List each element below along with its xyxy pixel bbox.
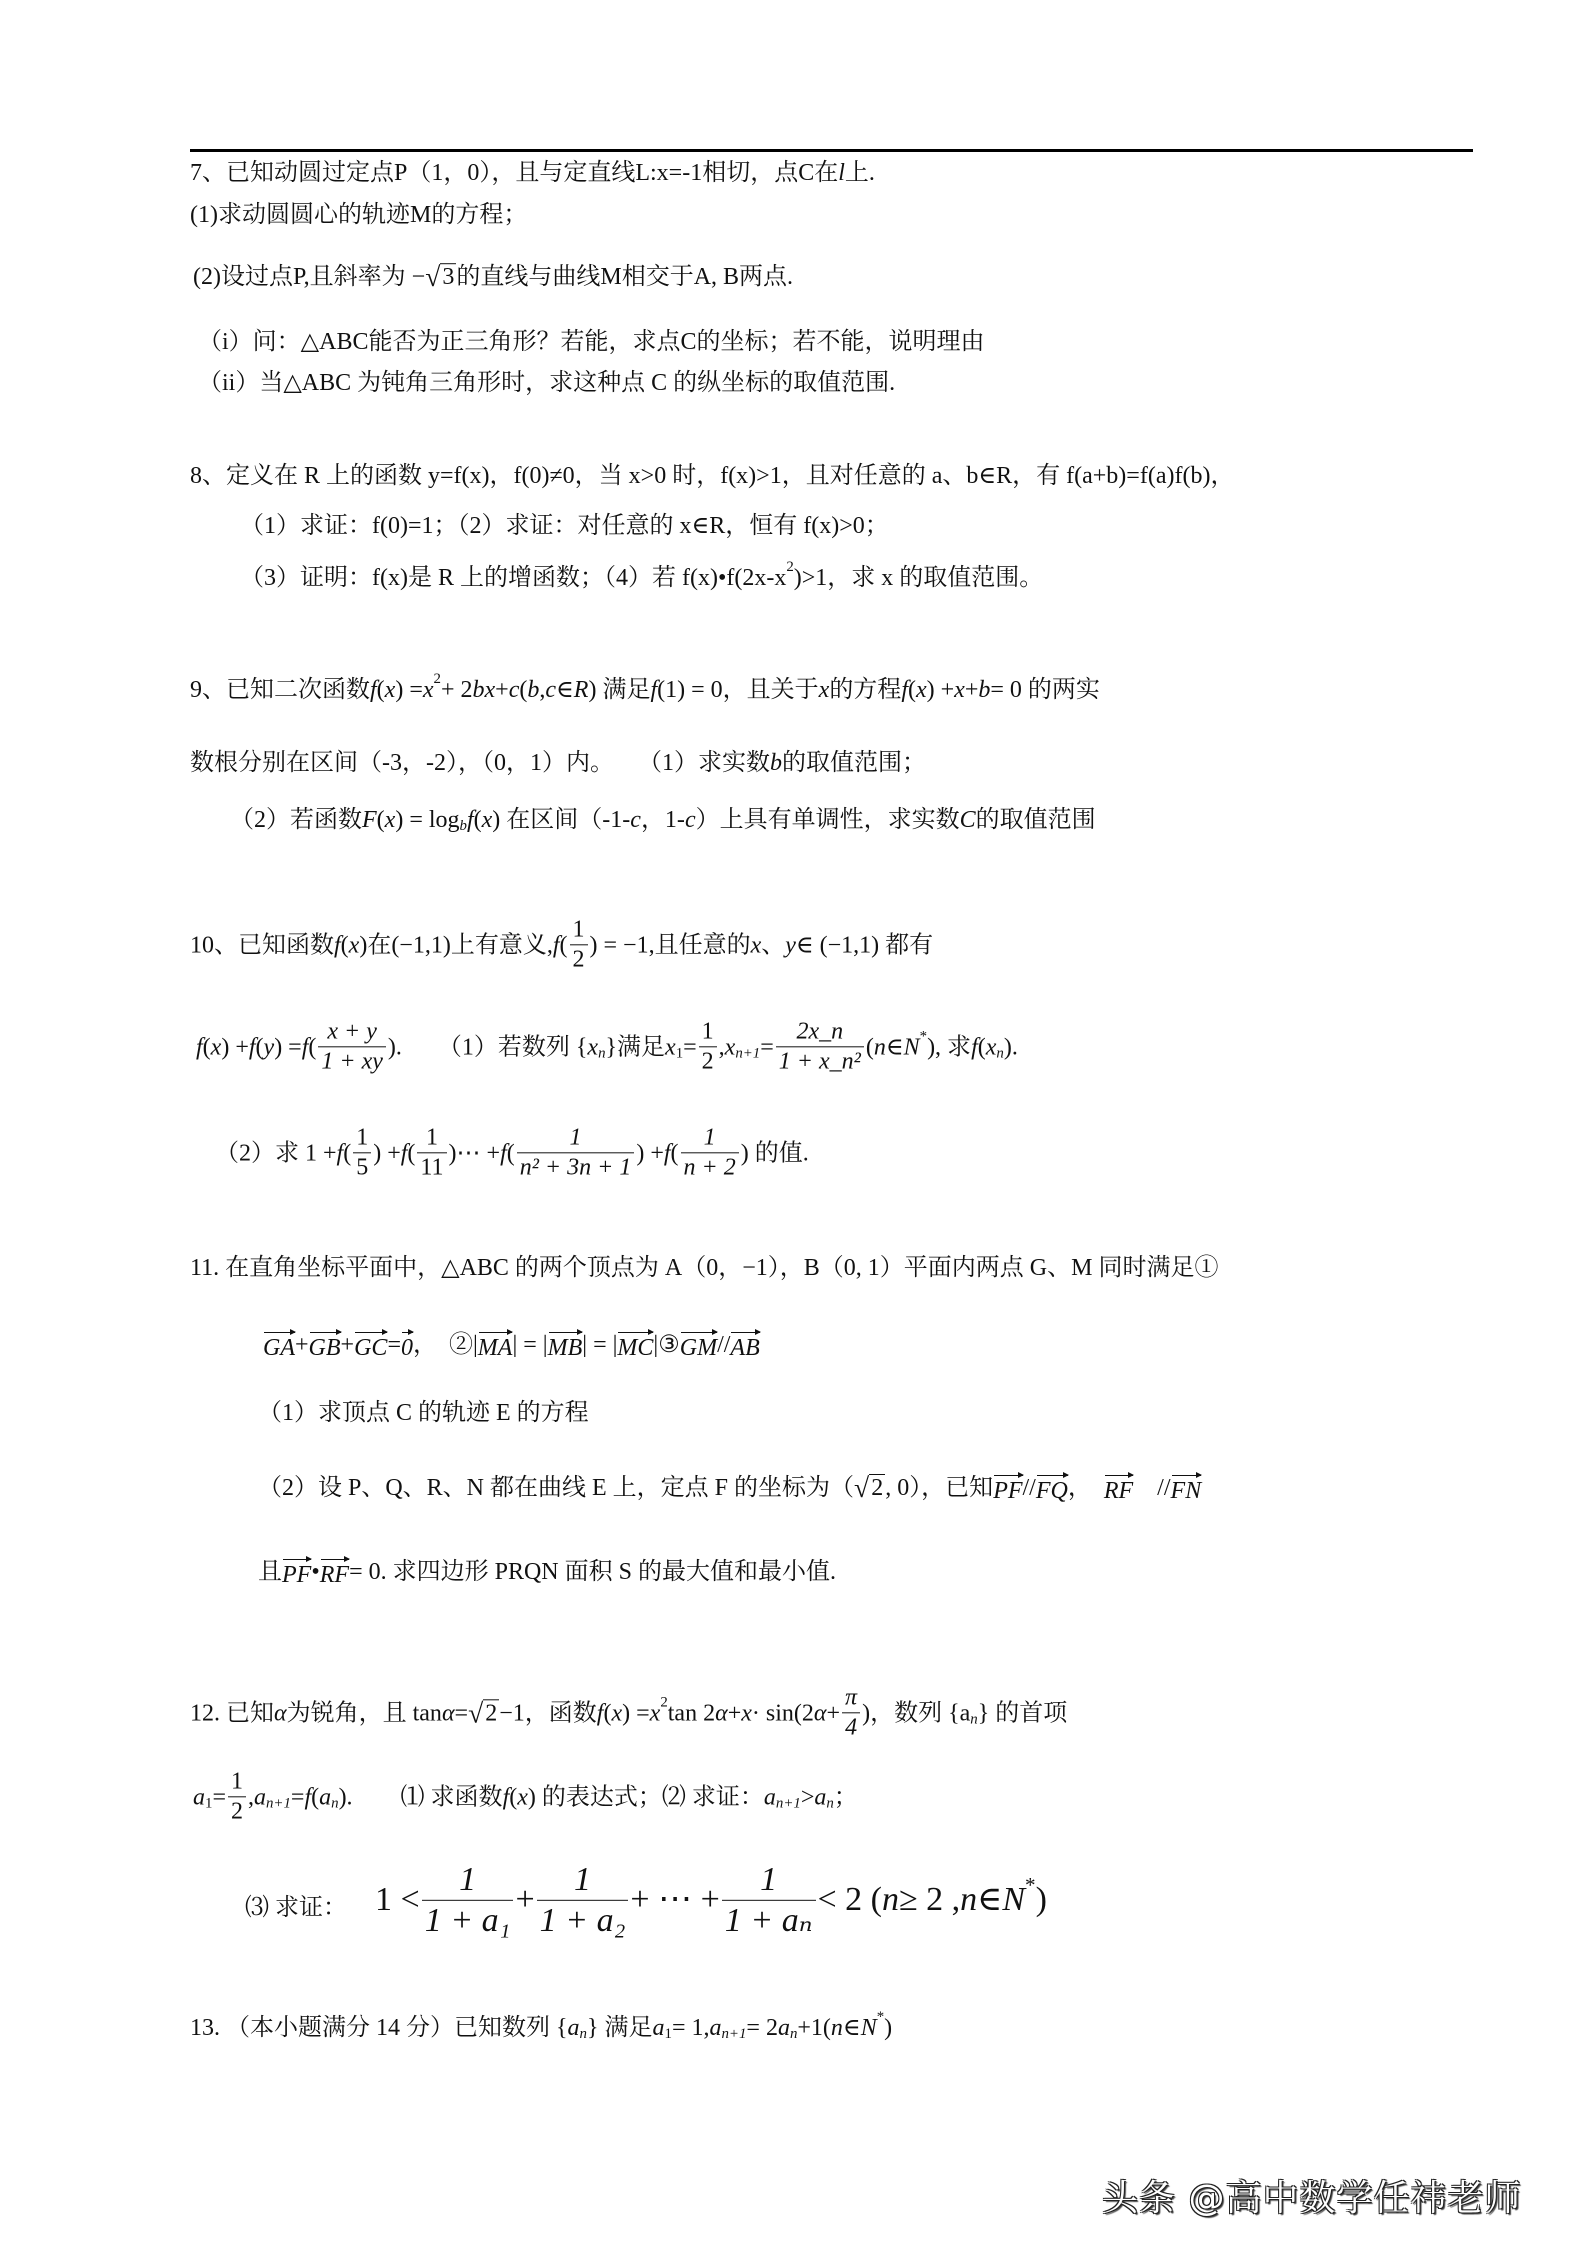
text-run: ≥ 2 , bbox=[899, 1883, 960, 1917]
math-symbol: y bbox=[785, 933, 796, 957]
text-run: ( bbox=[507, 1141, 515, 1165]
text-run: = 1, bbox=[672, 2016, 710, 2040]
problem-line: 12. 已知 α 为锐角，且 tan α = √2 −1，函数 f(x) = x… bbox=[190, 1685, 1067, 1740]
text-run: + bbox=[515, 1883, 534, 1917]
math-symbol: f bbox=[304, 1785, 311, 1809]
text-run: | = | bbox=[582, 1333, 617, 1357]
radicand: 2 bbox=[869, 1474, 885, 1502]
text-run: ( bbox=[908, 678, 916, 702]
vector: 0 bbox=[401, 1330, 413, 1360]
fraction-numerator: 1 bbox=[757, 1862, 780, 1900]
text-run: = bbox=[387, 1333, 401, 1357]
square-root: √2 bbox=[468, 1699, 499, 1727]
vector: MA bbox=[478, 1330, 513, 1360]
vector: RF bbox=[320, 1557, 349, 1587]
text-run: ( bbox=[343, 1141, 351, 1165]
text-run: 9、已知二次函数 bbox=[190, 678, 370, 702]
text-run: ； bbox=[834, 1785, 858, 1809]
text-run: ). （1）若数列 { bbox=[388, 1035, 588, 1059]
text-run: +1( bbox=[797, 2016, 831, 2040]
text-run: ) bbox=[1036, 1883, 1047, 1917]
subscript: n bbox=[790, 2027, 797, 2042]
text-run: = bbox=[455, 1701, 469, 1725]
text-run: // bbox=[717, 1333, 730, 1357]
math-symbol: x bbox=[482, 808, 493, 832]
problem-line: 13. （本小题满分 14 分）已知数列 {an} 满足 a1 = 1, an+… bbox=[190, 2016, 892, 2040]
math-symbol: x bbox=[611, 1701, 622, 1725]
text-run: 的方程 bbox=[829, 678, 901, 702]
subscript: n+1 bbox=[721, 2027, 746, 2042]
math-symbol: x bbox=[725, 1035, 736, 1059]
text-run: 的直线与曲线M相交于A, B两点. bbox=[456, 265, 793, 289]
subscript: 1 bbox=[665, 2027, 672, 2042]
fraction: 111 bbox=[417, 1125, 446, 1180]
text-run: ) = bbox=[622, 1701, 650, 1725]
vector: MB bbox=[548, 1330, 583, 1360]
subscript: n bbox=[598, 1046, 605, 1061]
text-run: ). ⑴ 求函数 bbox=[339, 1785, 503, 1809]
math-symbol: c bbox=[630, 808, 641, 832]
fraction: 2x_n1 + x_n² bbox=[776, 1019, 864, 1074]
math-symbol: n bbox=[831, 2016, 843, 2040]
text-run: （2）设 P、Q、R、N 都在曲线 E 上，定点 F 的坐标为（ bbox=[258, 1476, 854, 1500]
text-run: 为锐角，且 tan bbox=[287, 1701, 442, 1725]
text-run: ) = −1,且任意的 bbox=[590, 933, 751, 957]
radicand: 3 bbox=[440, 263, 456, 291]
text-run: ) = log bbox=[395, 808, 459, 832]
text-run: + bbox=[495, 678, 509, 702]
text-run: ( bbox=[341, 933, 349, 957]
problem-line: （2）求 1 + f(15) + f(111)⋯ + f(1n² + 3n + … bbox=[215, 1125, 809, 1180]
math-symbol: a bbox=[193, 1785, 205, 1809]
text-run: ∈ bbox=[843, 2016, 861, 2040]
text-run: 10、已知函数 bbox=[190, 933, 334, 957]
text-run: 13. （本小题满分 14 分）已知数列 { bbox=[190, 2016, 568, 2040]
math-symbol: C bbox=[960, 808, 976, 832]
math-symbol: f bbox=[196, 1035, 203, 1059]
subscript: n bbox=[996, 1046, 1003, 1061]
math-symbol: N bbox=[904, 1035, 920, 1059]
vector: FN bbox=[1171, 1473, 1202, 1503]
square-root: √2 bbox=[854, 1474, 885, 1502]
text-run: > bbox=[801, 1785, 815, 1809]
text-run: + bbox=[728, 1701, 742, 1725]
subscript: n bbox=[826, 1796, 833, 1811]
math-symbol: a bbox=[709, 2016, 721, 2040]
problem-line: 数根分别在区间（-3，-2），（0，1）内。 （1）求实数 b 的取值范围； bbox=[190, 751, 926, 775]
radicand: 2 bbox=[483, 1699, 499, 1727]
math-symbol: x bbox=[819, 678, 830, 702]
problem-line: 10、已知函数 f(x)在(−1,1)上有意义, f(12) = −1,且任意的… bbox=[190, 917, 933, 972]
math-symbol: l bbox=[838, 161, 845, 185]
text-run: )在(−1,1)上有意义, bbox=[359, 933, 553, 957]
text-run: // bbox=[1133, 1476, 1170, 1500]
math-symbol: α bbox=[442, 1701, 455, 1725]
math-symbol: n bbox=[960, 1883, 977, 1917]
text-run: ), 求 bbox=[927, 1035, 971, 1059]
text-run: ( bbox=[203, 1035, 211, 1059]
text-run: ( bbox=[474, 808, 482, 832]
math-symbol: R bbox=[574, 678, 589, 702]
fraction: 12 bbox=[228, 1769, 246, 1824]
math-symbol: F bbox=[362, 808, 377, 832]
fraction-numerator: π bbox=[842, 1685, 860, 1712]
text-run: −1，函数 bbox=[499, 1701, 597, 1725]
math-symbol: x bbox=[349, 933, 360, 957]
text-run: ) = bbox=[395, 678, 423, 702]
problem-line: 1 < 11 + a₁ + 11 + a₂ + ⋯ + 11 + aₙ < 2 … bbox=[375, 1862, 1047, 1938]
fraction-denominator: 1 + aₙ bbox=[722, 1900, 816, 1939]
fraction-denominator: 1 + a₂ bbox=[537, 1900, 629, 1939]
text-run: （2）求 1 + bbox=[215, 1141, 337, 1165]
text-run: ) 在区间（-1- bbox=[492, 808, 630, 832]
fraction: 11 + a₂ bbox=[537, 1862, 629, 1938]
vector: PF bbox=[993, 1473, 1022, 1503]
math-symbol: α bbox=[274, 1701, 287, 1725]
math-symbol: a bbox=[778, 2016, 790, 2040]
problem-line: 9、已知二次函数 f(x) = x2 + 2bx + c(b,c ∈ R) 满足… bbox=[190, 678, 1100, 702]
text-run: + bbox=[341, 1333, 355, 1357]
fraction-numerator: 1 bbox=[228, 1769, 246, 1796]
math-symbol: N bbox=[1002, 1883, 1025, 1917]
radical-sign-icon: √ bbox=[854, 1474, 869, 1502]
subscript: n bbox=[580, 2027, 587, 2042]
fraction-numerator: 2x_n bbox=[793, 1019, 846, 1046]
subscript: n+1 bbox=[266, 1796, 291, 1811]
fraction-denominator: 5 bbox=[353, 1153, 371, 1181]
vector: AB bbox=[730, 1330, 759, 1360]
text-run: + ⋯ + bbox=[630, 1883, 719, 1917]
math-symbol: x bbox=[385, 808, 396, 832]
text-run: （1）求证：f(0)=1；（2）求证：对任意的 x∈R，恒有 f(x)>0； bbox=[240, 514, 889, 538]
text-run: ( bbox=[407, 1141, 415, 1165]
text-run: ) + bbox=[221, 1035, 249, 1059]
text-run: = bbox=[212, 1785, 226, 1809]
text-run: ( bbox=[377, 678, 385, 702]
math-symbol: y bbox=[264, 1035, 275, 1059]
text-run: 数根分别在区间（-3，-2），（0，1）内。 （1）求实数 bbox=[190, 751, 770, 775]
text-run: ( bbox=[560, 933, 568, 957]
vector: GC bbox=[354, 1330, 387, 1360]
text-run: 12. 已知 bbox=[190, 1701, 274, 1725]
text-run: < 2 ( bbox=[818, 1883, 883, 1917]
vector: RF bbox=[1104, 1473, 1133, 1503]
text-run: 1 < bbox=[375, 1883, 420, 1917]
math-symbol: a bbox=[568, 2016, 580, 2040]
problem-line: （i）问：△ABC能否为正三角形？若能，求点C的坐标；若不能，说明理由 bbox=[198, 330, 984, 354]
text-run: ∈ (−1,1) 都有 bbox=[796, 933, 933, 957]
text-run: （ii）当△ABC 为钝角三角形时，求这种点 C 的纵坐标的取值范围. bbox=[198, 371, 895, 395]
text-run: ( bbox=[519, 678, 527, 702]
text-run: )>1，求 x 的取值范围。 bbox=[794, 566, 1044, 590]
text-run: = bbox=[291, 1785, 305, 1809]
fraction-numerator: 1 bbox=[353, 1125, 371, 1152]
problem-line: 7、已知动圆过定点P（1，0），且与定直线L:x=-1相切，点C在l上. bbox=[190, 161, 875, 185]
text-run: （1）求顶点 C 的轨迹 E 的方程 bbox=[258, 1401, 589, 1425]
subscript: 1 bbox=[205, 1796, 212, 1811]
text-run: （2）若函数 bbox=[230, 808, 362, 832]
text-run: = bbox=[760, 1035, 774, 1059]
superscript: 2 bbox=[660, 1695, 667, 1710]
vector: PF bbox=[282, 1557, 311, 1587]
fraction: 1n + 2 bbox=[681, 1125, 739, 1180]
text-run: ( bbox=[308, 1035, 316, 1059]
text-run: ⑶ 求证： bbox=[245, 1896, 347, 1920]
math-symbol: x bbox=[423, 678, 434, 702]
fraction: 11 + aₙ bbox=[722, 1862, 816, 1938]
math-symbol: b bbox=[770, 751, 782, 775]
text-run: ∈ bbox=[556, 678, 574, 702]
math-symbol: f bbox=[370, 678, 377, 702]
math-symbol: f bbox=[664, 1141, 671, 1165]
math-symbol: α bbox=[814, 1701, 827, 1725]
text-run: ，1- bbox=[641, 808, 685, 832]
math-symbol: f bbox=[334, 933, 341, 957]
text-run: ， bbox=[1068, 1476, 1104, 1500]
problem-line: （3）证明：f(x)是 R 上的增函数；（4）若 f(x)•f(2x-x2)>1… bbox=[240, 566, 1043, 590]
problem-line: GA + GB + GC = 0 ， ②|MA| = |MB| = |MC|③G… bbox=[263, 1330, 760, 1360]
math-symbol: f bbox=[337, 1141, 344, 1165]
fraction-denominator: 1 + xy bbox=[318, 1047, 386, 1075]
text-run: （i）问：△ABC能否为正三角形？若能，求点C的坐标；若不能，说明理由 bbox=[198, 330, 984, 354]
text-run: ( bbox=[866, 1035, 874, 1059]
math-symbol: c bbox=[509, 678, 520, 702]
text-run: ) = bbox=[274, 1035, 302, 1059]
fraction-numerator: 1 bbox=[571, 1862, 594, 1900]
math-symbol: f bbox=[302, 1035, 309, 1059]
fraction-numerator: 1 bbox=[423, 1125, 441, 1152]
problem-line: ⑶ 求证： bbox=[245, 1896, 347, 1920]
math-symbol: f bbox=[503, 1785, 510, 1809]
problem-line: (2)设过点P,且斜率为 − √3 的直线与曲线M相交于A, B两点. bbox=[193, 263, 793, 291]
problem-line: 8、定义在 R 上的函数 y=f(x)，f(0)≠0，当 x>0 时，f(x)>… bbox=[190, 464, 1234, 488]
fraction-denominator: 2 bbox=[228, 1797, 246, 1825]
text-run: } 满足 bbox=[587, 2016, 653, 2040]
fraction: 1n² + 3n + 1 bbox=[517, 1125, 635, 1180]
math-symbol: a bbox=[764, 1785, 776, 1809]
fraction-numerator: 1 bbox=[699, 1019, 717, 1046]
text-run: 且 bbox=[258, 1560, 282, 1584]
problem-line: （ii）当△ABC 为钝角三角形时，求这种点 C 的纵坐标的取值范围. bbox=[198, 371, 895, 395]
math-symbol: x bbox=[986, 1035, 997, 1059]
text-run: ∈ bbox=[977, 1883, 1002, 1917]
text-run: )，数列 {a bbox=[862, 1701, 970, 1725]
fraction-denominator: 2 bbox=[570, 945, 588, 973]
subscript: n bbox=[970, 1712, 977, 1727]
fraction: 12 bbox=[699, 1019, 717, 1074]
superscript: 2 bbox=[434, 672, 441, 687]
subscript: 1 bbox=[676, 1046, 683, 1061]
fraction: π4 bbox=[842, 1685, 860, 1740]
fraction-denominator: 1 + x_n² bbox=[776, 1047, 864, 1075]
text-run: ) + bbox=[927, 678, 955, 702]
text-run: 的取值范围； bbox=[782, 751, 926, 775]
superscript: * bbox=[1025, 1875, 1036, 1896]
math-symbol: f bbox=[500, 1141, 507, 1165]
text-run: 、 bbox=[761, 933, 785, 957]
text-run: = bbox=[683, 1035, 697, 1059]
text-run: } 的首项 bbox=[978, 1701, 1068, 1725]
vector: MC bbox=[617, 1330, 653, 1360]
problem-line: （2）若函数 F(x) = logb f(x) 在区间（-1-c，1-c）上具有… bbox=[230, 808, 1096, 832]
text-run: ) 的表达式；⑵ 求证： bbox=[528, 1785, 764, 1809]
text-run: ) bbox=[884, 2016, 892, 2040]
subscript: b bbox=[460, 819, 467, 834]
superscript: * bbox=[877, 2010, 884, 2025]
text-run: （3）证明：f(x)是 R 上的增函数；（4）若 f(x)•f(2x-x bbox=[240, 566, 786, 590]
fraction: 12 bbox=[570, 917, 588, 972]
text-run: 上. bbox=[845, 161, 875, 185]
text-run: ( bbox=[978, 1035, 986, 1059]
math-symbol: a bbox=[814, 1785, 826, 1809]
text-run: tan 2 bbox=[668, 1701, 715, 1725]
text-run: ) + bbox=[636, 1141, 664, 1165]
text-run: ) 的值. bbox=[741, 1141, 809, 1165]
fraction: x + y1 + xy bbox=[318, 1019, 386, 1074]
math-symbol: α bbox=[715, 1701, 728, 1725]
text-run: = 0. 求四边形 PRQN 面积 S 的最大值和最小值. bbox=[349, 1560, 836, 1584]
math-symbol: n bbox=[882, 1883, 899, 1917]
text-run: (1)求动圆圆心的轨迹M的方程； bbox=[190, 203, 527, 227]
fraction-denominator: n² + 3n + 1 bbox=[517, 1153, 635, 1181]
square-root: √3 bbox=[425, 263, 456, 291]
text-run: + bbox=[295, 1333, 309, 1357]
fraction-numerator: 1 bbox=[456, 1862, 479, 1900]
vector: FQ bbox=[1036, 1473, 1068, 1503]
problem-line: （1）求顶点 C 的轨迹 E 的方程 bbox=[258, 1401, 589, 1425]
subscript: n+1 bbox=[776, 1796, 801, 1811]
vector: GB bbox=[309, 1330, 341, 1360]
text-run: + 2 bbox=[441, 678, 473, 702]
math-symbol: N bbox=[861, 2016, 877, 2040]
math-symbol: a bbox=[254, 1785, 266, 1809]
text-run: = 0 的两实 bbox=[990, 678, 1100, 702]
fraction-numerator: 1 bbox=[570, 917, 588, 944]
text-run: ）上具有单调性，求实数 bbox=[696, 808, 960, 832]
math-symbol: x bbox=[650, 1701, 661, 1725]
math-symbol: x bbox=[665, 1035, 676, 1059]
fraction-numerator: 1 bbox=[701, 1125, 719, 1152]
math-symbol: x bbox=[751, 933, 762, 957]
fraction: 15 bbox=[353, 1125, 371, 1180]
superscript: 2 bbox=[786, 560, 793, 575]
fraction-numerator: x + y bbox=[324, 1019, 380, 1046]
math-symbol: b bbox=[978, 678, 990, 702]
math-symbol: n bbox=[874, 1035, 886, 1059]
problem-line: （2）设 P、Q、R、N 都在曲线 E 上，定点 F 的坐标为（√2, 0），已… bbox=[258, 1473, 1201, 1503]
problem-line: (1)求动圆圆心的轨迹M的方程； bbox=[190, 203, 527, 227]
header-rule bbox=[190, 149, 1473, 152]
text-run: , 0），已知 bbox=[885, 1476, 993, 1500]
subscript: n bbox=[331, 1796, 338, 1811]
math-symbol: a bbox=[319, 1785, 331, 1809]
math-symbol: x bbox=[741, 1701, 752, 1725]
math-symbol: f bbox=[401, 1141, 408, 1165]
math-symbol: f bbox=[901, 678, 908, 702]
text-run: 的取值范围 bbox=[976, 808, 1096, 832]
text-run: 7、已知动圆过定点P（1，0），且与定直线L:x=-1相切，点C在 bbox=[190, 161, 838, 185]
math-symbol: b bbox=[527, 678, 539, 702]
math-symbol: f bbox=[467, 808, 474, 832]
text-run: // bbox=[1023, 1476, 1036, 1500]
fraction-denominator: 1 + a₁ bbox=[422, 1900, 514, 1939]
text-run: ， ②| bbox=[413, 1333, 478, 1357]
math-symbol: a bbox=[653, 2016, 665, 2040]
problem-line: （1）求证：f(0)=1；（2）求证：对任意的 x∈R，恒有 f(x)>0； bbox=[240, 514, 889, 538]
text-run: ( bbox=[256, 1035, 264, 1059]
text-run: 11. 在直角坐标平面中，△ABC 的两个顶点为 A（0，−1），B（0, 1）… bbox=[190, 1256, 1218, 1280]
math-symbol: x bbox=[385, 678, 396, 702]
math-symbol: x bbox=[517, 1785, 528, 1809]
text-run: • bbox=[311, 1560, 319, 1584]
math-symbol: f bbox=[650, 678, 657, 702]
math-symbol: c bbox=[545, 678, 556, 702]
text-run: = 2 bbox=[746, 2016, 778, 2040]
text-run: + bbox=[827, 1701, 841, 1725]
text-run: (1) = 0，且关于 bbox=[657, 678, 819, 702]
text-run: ). bbox=[1004, 1035, 1018, 1059]
text-run: 8、定义在 R 上的函数 y=f(x)，f(0)≠0，当 x>0 时，f(x)>… bbox=[190, 464, 1234, 488]
fraction-numerator: 1 bbox=[567, 1125, 585, 1152]
text-run: ( bbox=[671, 1141, 679, 1165]
text-run: (2)设过点P,且斜率为 − bbox=[193, 265, 425, 289]
subscript: n+1 bbox=[735, 1046, 760, 1061]
vector: GA bbox=[263, 1330, 295, 1360]
text-run: · sin(2 bbox=[752, 1701, 814, 1725]
math-symbol: c bbox=[685, 808, 696, 832]
text-run: ) + bbox=[373, 1141, 401, 1165]
problem-line: 且 PF • RF = 0. 求四边形 PRQN 面积 S 的最大值和最小值. bbox=[258, 1557, 836, 1587]
superscript: * bbox=[920, 1029, 927, 1044]
text-run: ( bbox=[377, 808, 385, 832]
problem-line: a1 = 12, an+1 = f(an). ⑴ 求函数 f(x) 的表达式；⑵… bbox=[193, 1769, 858, 1824]
radical-sign-icon: √ bbox=[468, 1699, 483, 1727]
vector: GM bbox=[680, 1330, 717, 1360]
text-run: ∈ bbox=[886, 1035, 904, 1059]
problem-line: f(x) + f(y) = f(x + y1 + xy). （1）若数列 {xn… bbox=[196, 1019, 1018, 1074]
text-run: }满足 bbox=[606, 1035, 666, 1059]
math-symbol: x bbox=[211, 1035, 222, 1059]
math-symbol: x bbox=[916, 678, 927, 702]
math-symbol: x bbox=[587, 1035, 598, 1059]
text-run: )⋯ + bbox=[449, 1141, 501, 1165]
fraction-denominator: 11 bbox=[417, 1153, 446, 1181]
fraction-denominator: 2 bbox=[699, 1047, 717, 1075]
text-run: ) 满足 bbox=[588, 678, 650, 702]
fraction: 11 + a₁ bbox=[422, 1862, 514, 1938]
math-symbol: bx bbox=[473, 678, 496, 702]
watermark: 头条 @高中数学任祎老师 bbox=[1102, 2170, 1521, 2221]
math-symbol: f bbox=[597, 1701, 604, 1725]
fraction-denominator: n + 2 bbox=[681, 1153, 739, 1181]
text-run: ( bbox=[311, 1785, 319, 1809]
math-symbol: x bbox=[954, 678, 965, 702]
math-symbol: f bbox=[971, 1035, 978, 1059]
math-symbol: f bbox=[249, 1035, 256, 1059]
fraction-denominator: 4 bbox=[842, 1713, 860, 1741]
text-run: + bbox=[965, 678, 979, 702]
text-run: |③ bbox=[653, 1333, 679, 1357]
problem-line: 11. 在直角坐标平面中，△ABC 的两个顶点为 A（0，−1），B（0, 1）… bbox=[190, 1256, 1218, 1280]
math-symbol: f bbox=[553, 933, 560, 957]
radical-sign-icon: √ bbox=[425, 263, 440, 291]
text-run: | = | bbox=[512, 1333, 547, 1357]
